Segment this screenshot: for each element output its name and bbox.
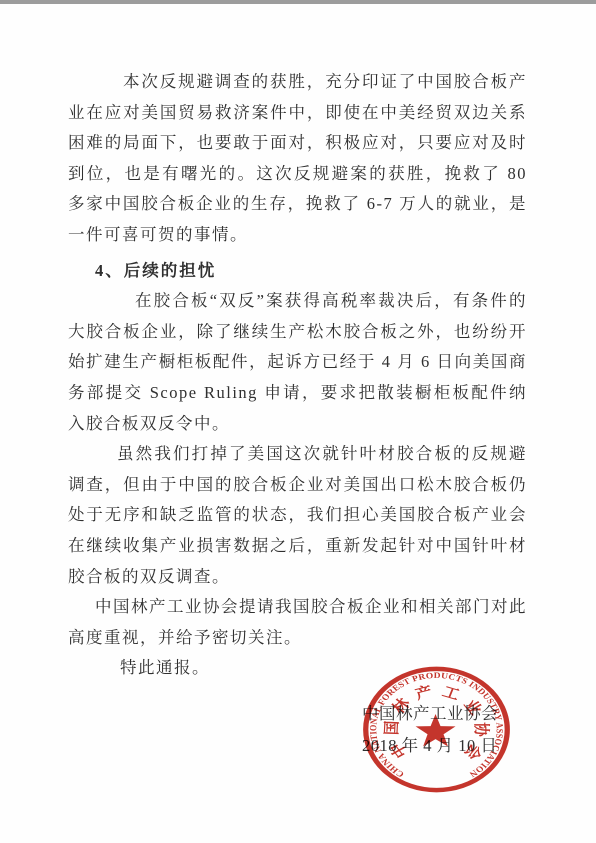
- section-heading: 4、后续的担忧: [68, 256, 527, 287]
- paragraph-1: 本次反规避调查的获胜，充分印证了中国胶合板产业在应对美国贸易救济案件中，即使在中…: [68, 67, 527, 251]
- paragraph-3: 虽然我们打掉了美国这次就针叶材胶合板的反规避调查，但由于中国的胶合板企业对美国出…: [68, 439, 527, 592]
- official-seal-stamp: CHINA NATIONAL FOREST PRODUCTS INDUSTRY …: [360, 664, 513, 795]
- star-icon: [416, 714, 456, 747]
- document-body: 本次反规避调查的获胜，充分印证了中国胶合板产业在应对美国贸易救济案件中，即使在中…: [68, 67, 527, 684]
- document-page: 本次反规避调查的获胜，充分印证了中国胶合板产业在应对美国贸易救济案件中，即使在中…: [0, 0, 596, 843]
- paragraph-2: 在胶合板“双反”案获得高税率裁决后，有条件的大胶合板企业，除了继续生产松木胶合板…: [68, 286, 527, 439]
- page-top-edge: [0, 0, 596, 4]
- paragraph-4: 中国林产工业协会提请我国胶合板企业和相关部门对此高度重视，并给予密切关注。: [68, 592, 527, 653]
